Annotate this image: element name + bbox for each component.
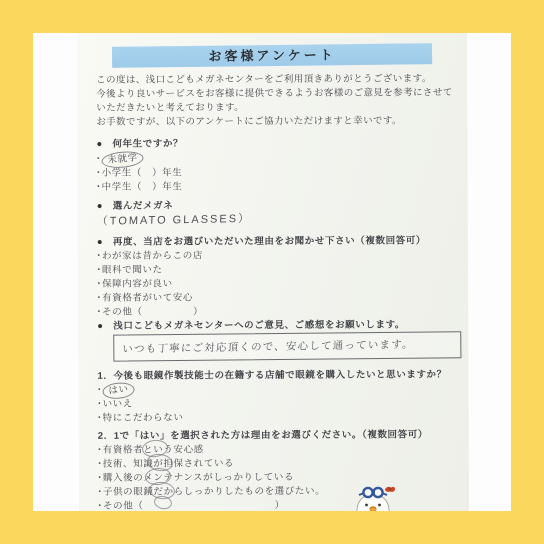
bullet-icon: ● <box>96 138 112 152</box>
survey-option: ・その他（ ） <box>95 498 469 511</box>
section-label-text: 1．今後も眼鏡作製技能士の在籍する店舗で眼鏡を購入したいと思いますか？ <box>97 369 446 382</box>
section-label: 2．1で「はい」を選択された方は理由をお選びください。（複数回答可） <box>95 428 469 444</box>
bullet-icon: ● <box>97 236 113 250</box>
bullet-icon: ● <box>97 320 113 334</box>
intro-paragraph: この度は、浅口こどもメガネセンターをご利用頂きありがとうございます。今後より良い… <box>96 72 467 130</box>
intro-line: 今後より良いサービスをお客様に提供できるようお客様のご意見を参考にさせて <box>96 86 467 102</box>
option-text: わが家は昔からこの店 <box>102 250 203 261</box>
bullet-icon: ● <box>97 200 113 214</box>
option-text: 技術、知識が担保されている <box>103 458 234 470</box>
option-dot-icon: ・ <box>94 250 102 264</box>
survey-option: ・特にこだわらない <box>95 410 469 426</box>
option-dot-icon: ・ <box>94 306 102 320</box>
screenshot-root: { "page": { "frame_color": "#fcd75e", "p… <box>0 0 544 544</box>
option-dot-icon: ・ <box>95 398 103 412</box>
page-title: お客様アンケート <box>208 47 335 63</box>
survey-sections: ●何年生ですか？・未就学・小学生（ ）年生・中学生（ ）年生●選んだメガネ（TO… <box>93 136 469 511</box>
option-list: ・有資格者という安心感・技術、知識が担保されている・購入後のメンテナンスがしっか… <box>95 442 469 511</box>
option-text: 小学生（ ）年生 <box>102 167 183 178</box>
section-label-text: 選んだメガネ <box>113 200 174 211</box>
option-dot-icon: ・ <box>94 264 102 278</box>
option-dot-icon: ・ <box>94 181 102 195</box>
option-text: いいえ <box>103 399 133 410</box>
option-dot-icon: ・ <box>95 472 103 486</box>
survey-title-banner: お客様アンケート <box>112 43 432 68</box>
section-label: ●再度、当店をお選びいただいた理由をお聞かせ下さい（複数回答可） <box>94 234 468 250</box>
option-text: 子供の眼鏡だからしっかりしたものを選びたい。 <box>103 486 325 498</box>
option-dot-icon: ・ <box>94 292 102 306</box>
intro-line: お手数ですが、以下のアンケートにご協力いただけますと幸いです。 <box>96 114 467 130</box>
survey-section: ●選んだメガネ（TOMATO GLASSES） <box>94 198 468 230</box>
option-text: 有資格者という安心感 <box>103 444 204 455</box>
survey-section: ●何年生ですか？・未就学・小学生（ ）年生・中学生（ ）年生 <box>93 136 467 195</box>
option-dot-icon: ・ <box>94 278 102 292</box>
survey-paper: お客様アンケート この度は、浅口こどもメガネセンターをご利用頂きありがとうござい… <box>77 33 469 511</box>
option-text: 購入後のメンテナンスがしっかりしている <box>103 472 294 484</box>
option-text: 中学生（ ）年生 <box>102 181 183 192</box>
handwritten-comment: いつも丁寧にご対応頂くので、安心して通っています。 <box>114 337 414 357</box>
section-label-text: 何年生ですか？ <box>112 138 183 149</box>
survey-section: 1．今後も眼鏡作製技能士の在籍する店舗で眼鏡を購入したいと思いますか？・はい・い… <box>94 368 468 426</box>
option-dot-icon: ・ <box>95 500 103 511</box>
survey-section: ●浅口こどもメガネセンターへのご意見、ご感想をお願いします。いつも丁寧にご対応頂… <box>94 318 468 361</box>
mascot-bird-icon <box>351 483 397 511</box>
option-text: 眼科で聞いた <box>102 264 163 275</box>
option-dot-icon: ・ <box>95 486 103 500</box>
option-dot-icon: ・ <box>94 384 102 398</box>
section-label: ●何年生ですか？ <box>93 136 467 152</box>
option-text: 保障内容が良い <box>102 278 173 289</box>
section-label-text: 2．1で「はい」を選択された方は理由をお選びください。（複数回答可） <box>98 429 428 441</box>
section-label-text: 浅口こどもメガネセンターへのご意見、ご感想をお願いします。 <box>113 319 405 331</box>
survey-photo: お客様アンケート この度は、浅口こどもメガネセンターをご利用頂きありがとうござい… <box>33 33 511 511</box>
option-text: その他（ ） <box>102 306 203 317</box>
section-label-text: 再度、当店をお選びいただいた理由をお聞かせ下さい（複数回答可） <box>113 235 426 247</box>
section-label: 1．今後も眼鏡作製技能士の在籍する店舗で眼鏡を購入したいと思いますか？ <box>94 368 468 384</box>
option-list: ・未就学・小学生（ ）年生・中学生（ ）年生 <box>93 151 467 195</box>
survey-option: ・中学生（ ）年生 <box>94 179 468 195</box>
option-text: 有資格者がいて安心 <box>102 292 193 303</box>
option-text: その他（ ） <box>103 500 285 511</box>
option-dot-icon: ・ <box>95 444 103 458</box>
survey-section: 2．1で「はい」を選択された方は理由をお選びください。（複数回答可）・有資格者と… <box>95 428 469 511</box>
option-dot-icon: ・ <box>95 412 103 426</box>
survey-section: ●再度、当店をお選びいただいた理由をお聞かせ下さい（複数回答可）・わが家は昔から… <box>94 234 468 320</box>
option-dot-icon: ・ <box>93 153 101 167</box>
comment-box: いつも丁寧にご対応頂くので、安心して通っています。 <box>113 331 461 361</box>
option-list: ・はい・いいえ・特にこだわらない <box>94 382 468 426</box>
option-dot-icon: ・ <box>94 167 102 181</box>
option-list: ・わが家は昔からこの店・眼科で聞いた・保障内容が良い・有資格者がいて安心・その他… <box>94 248 468 320</box>
option-text: 特にこだわらない <box>103 412 184 423</box>
option-dot-icon: ・ <box>95 458 103 472</box>
